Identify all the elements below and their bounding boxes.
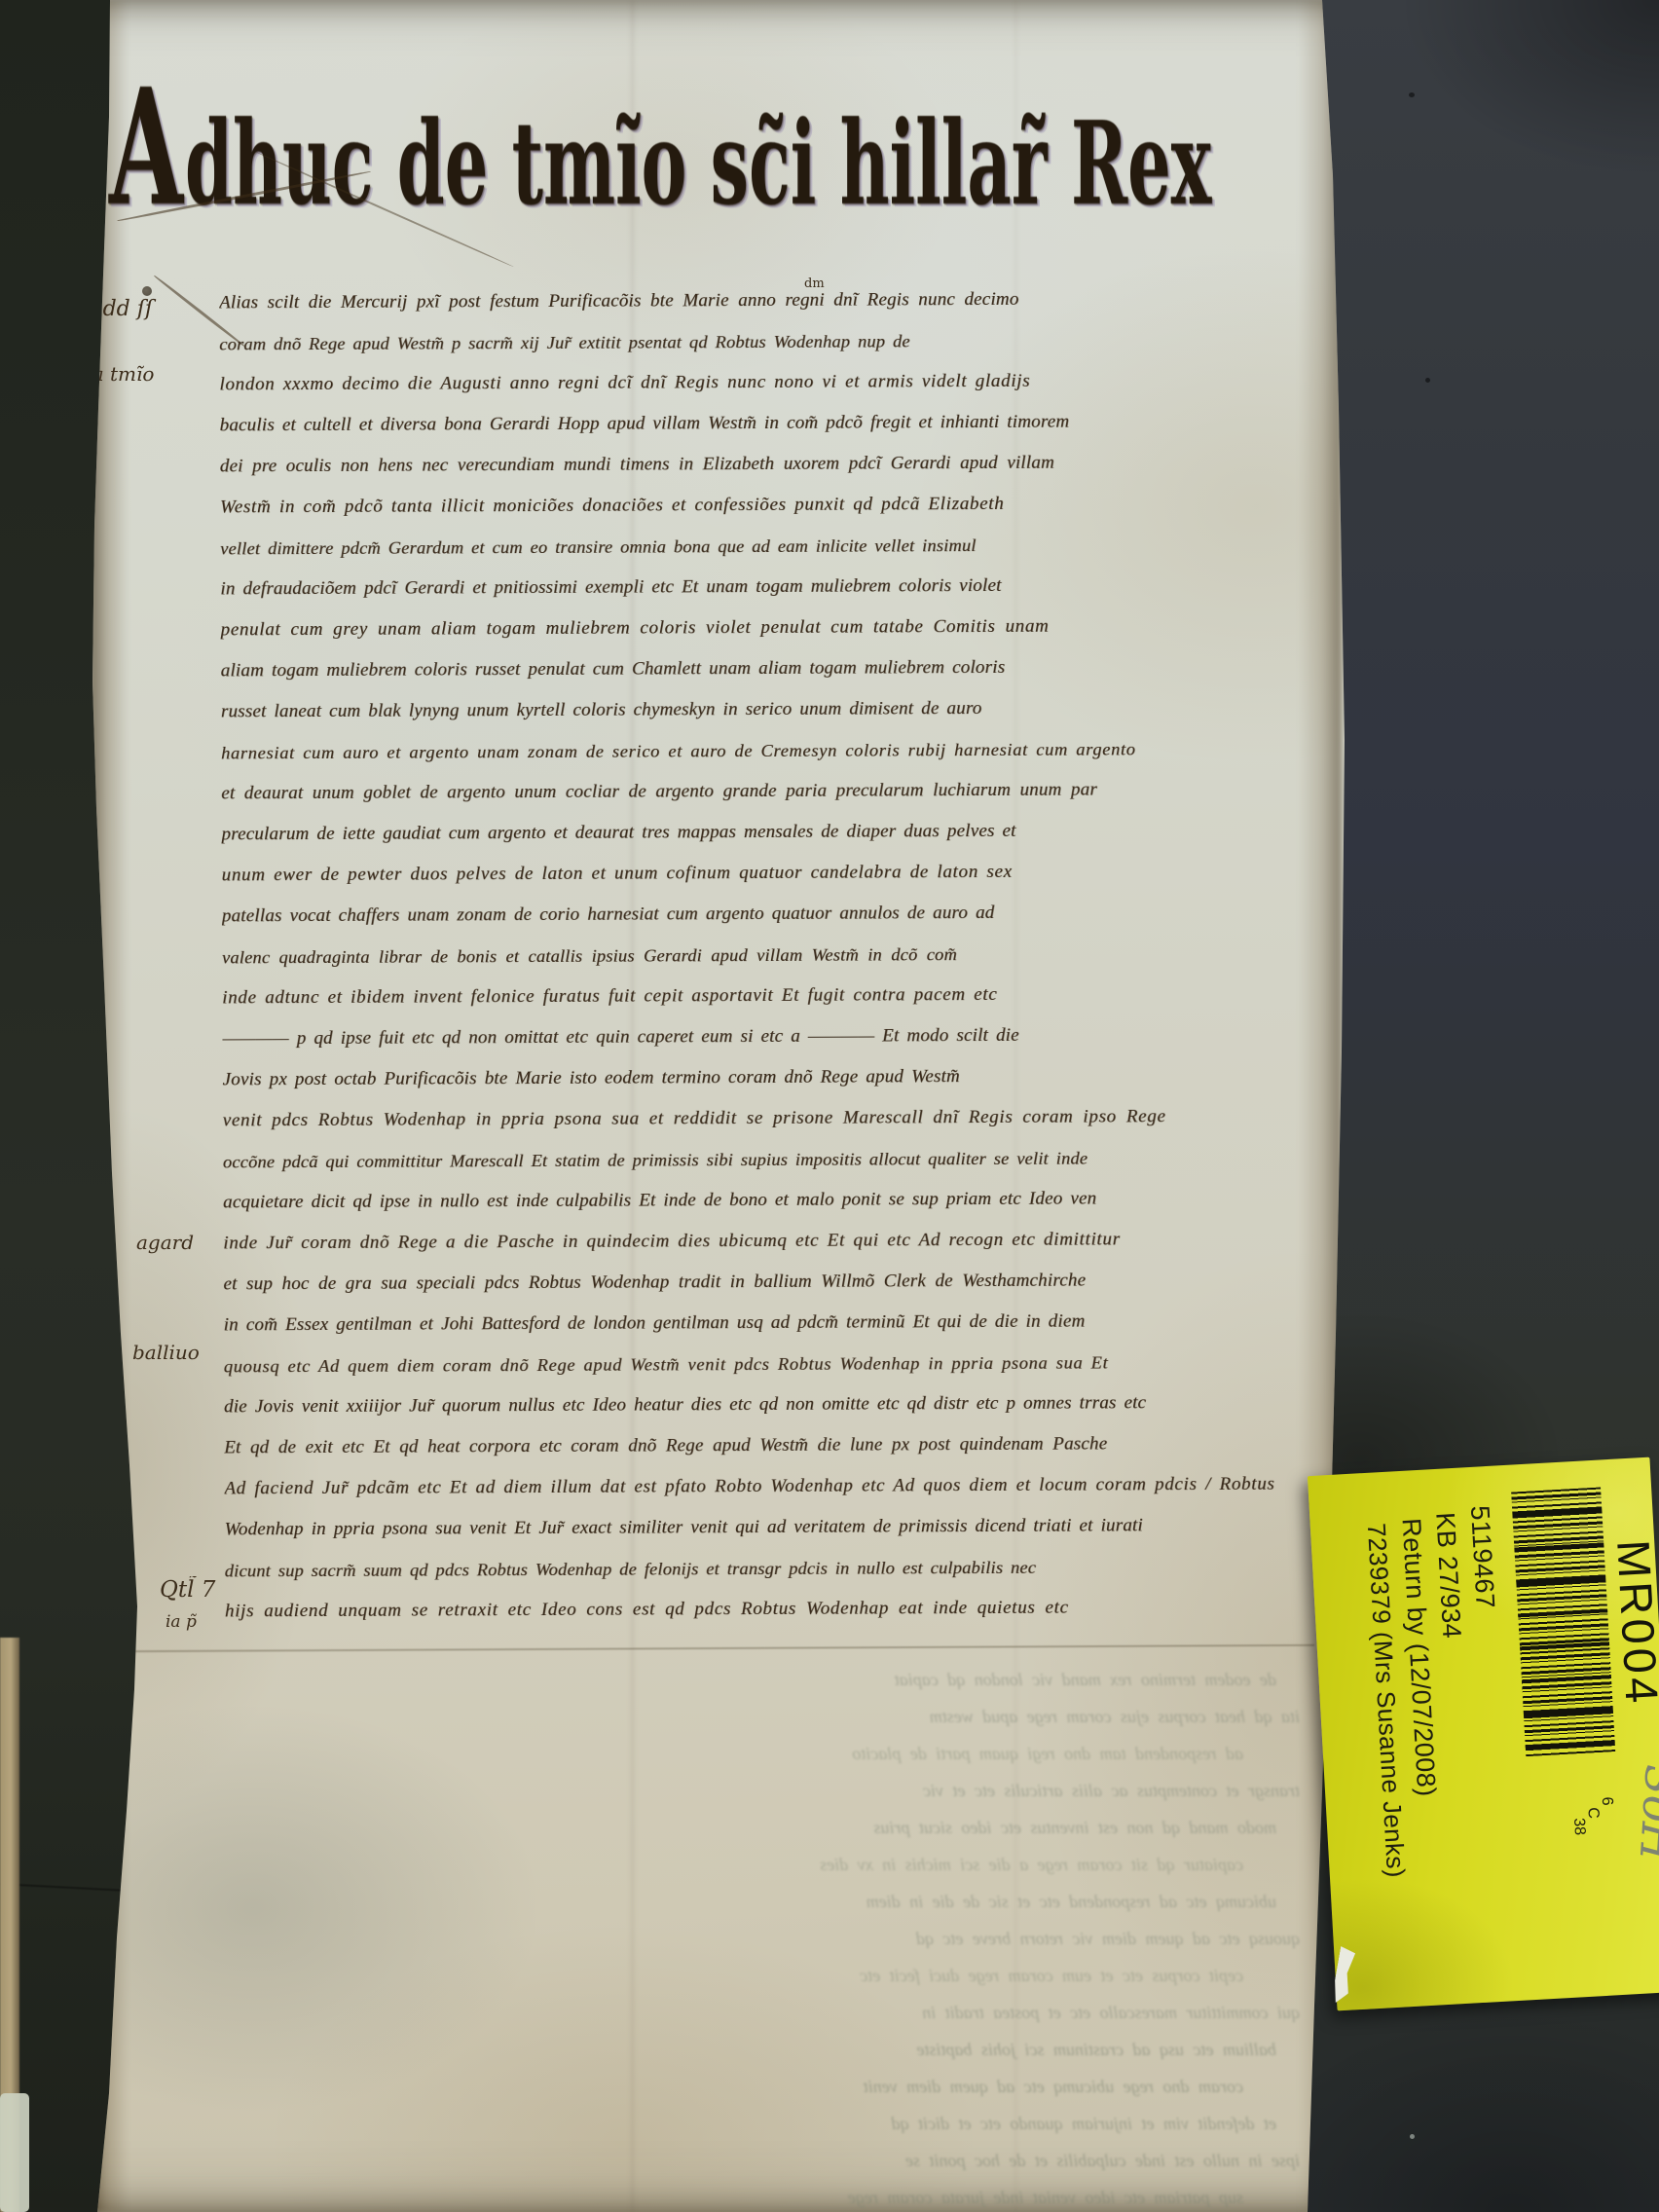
entry-line: patellas vocat chaffers unam zonam de co… — [222, 892, 1316, 938]
dust-speck — [1409, 92, 1415, 97]
margin-note-process2: ia p̃ — [166, 1612, 197, 1632]
corner-sticker — [0, 2093, 29, 2212]
margin-note-bail: balliuo — [132, 1341, 200, 1364]
entry-line: Wodenhap in ppria psona sua venit Et Jur… — [224, 1505, 1318, 1551]
ghost-line: quousq etc ad quem diem vic retorn breve… — [190, 1920, 1300, 1957]
entry-line: Westm̃ in com̃ pdcõ tanta illicit monici… — [220, 483, 1314, 529]
slip-location-code: MR004 — [1606, 1538, 1659, 1708]
ghost-line: de eodem termino rex mand vic london qd … — [190, 1661, 1276, 1698]
entry-line: Alias scilt die Mercurij pxĩ post festum… — [219, 278, 1313, 324]
seat-line: 6 — [1600, 1796, 1617, 1842]
entry-line: Et qd de exit etc Et qd heat corpora etc… — [224, 1423, 1318, 1469]
ghost-line: modo mand qd non est inventus etc ideo s… — [190, 1809, 1276, 1846]
entry-line: quousq etc Ad quem diem coram dnõ Rege a… — [224, 1342, 1318, 1387]
entry-line: russet laneat cum blak lynyng unum kyrte… — [221, 687, 1315, 733]
ghost-line: ad respondend tam dno regi quam parti de… — [190, 1735, 1243, 1772]
entry-line: baculis et cultell et diversa bona Gerar… — [220, 401, 1314, 447]
entry-line: precularum de iette gaudiat cum argento … — [221, 810, 1315, 856]
entry-line: unum ewer de pewter duos pelves de laton… — [222, 851, 1316, 897]
plea-roll-entry: Alias scilt die Mercurij pxĩ post festum… — [219, 278, 1319, 1646]
dust-speck — [1410, 2134, 1415, 2139]
ghost-line: sup patriam etc ideo veniat inde jurata … — [190, 2179, 1243, 2212]
slip-handwritten-note: SoH — [1630, 1763, 1659, 1863]
seat-line: 38 — [1570, 1798, 1588, 1844]
entry-line: inde adtunc et ibidem invent felonice fu… — [222, 974, 1316, 1019]
entry-line: vellet dimittere pdcm̃ Gerardum et cum e… — [220, 524, 1314, 570]
ghost-line: ubicumq etc ad respondend etc et sic de … — [190, 1883, 1276, 1920]
entry-line: dicunt sup sacrm̃ suum qd pdcs Robtus Wo… — [225, 1546, 1319, 1592]
ghost-line: ita qd heat corpus ejus coram rege apud … — [190, 1698, 1300, 1735]
ghost-line: ipse in nullo est inde culpabilis et de … — [190, 2142, 1300, 2179]
margin-note-process: Qtl̃ 7 — [160, 1577, 215, 1603]
entry-line: hijs audiend unquam se retraxit etc Ideo… — [225, 1587, 1319, 1633]
entry-line: in com̃ Essex gentilman et Johi Battesfo… — [224, 1301, 1318, 1346]
archive-request-slip: MR004 SoH 6 C 38 5119467 KB 27/934 Retur… — [1308, 1457, 1659, 2011]
slip-seat-block: 6 C 38 — [1570, 1796, 1616, 1843]
slip-fields: 5119467 KB 27/934 Return by (12/07/2008)… — [1358, 1504, 1517, 1878]
ghost-line: qui committitur marescallo etc et postea… — [190, 1994, 1300, 2031]
ghost-line: cepit corpus etc et eum coram rege duci … — [190, 1957, 1243, 1994]
ghost-line: transgr et contemptus ac aliis articulis… — [190, 1772, 1300, 1809]
barcode — [1511, 1487, 1615, 1756]
entry-line: in defraudaciõem pdcĩ Gerardi et pnitios… — [220, 565, 1314, 610]
margin-note-award: agard — [136, 1231, 194, 1254]
entry-line: harnesiat cum auro et argento unam zonam… — [221, 728, 1315, 774]
ghost-line: et defendit vim et injuriam quando etc e… — [190, 2105, 1276, 2142]
entry-line: coram dnõ Rege apud Westm̃ p sacrm̃ xij … — [219, 319, 1313, 365]
entry-line: penulat cum grey unam aliam togam mulieb… — [220, 606, 1314, 651]
roll-heading: Adhuc de tmĩo sc̃i hillar̃ Rex — [109, 55, 1336, 242]
manuscript-photo: Adhuc de tmĩo sc̃i hillar̃ Rex Midd ſſ i… — [0, 0, 1659, 2212]
entry-line: dei pre oculis non hens nec verecundiam … — [220, 442, 1314, 488]
request-slip-content: MR004 SoH 6 C 38 5119467 KB 27/934 Retur… — [1308, 1457, 1659, 2011]
ghost-line: coram dno rege ubicumq etc ad quem diem … — [190, 2068, 1243, 2105]
ghost-line: capiatur qd sit coram rege a die sci mic… — [190, 1846, 1243, 1883]
ghost-line: ballium etc usq ad crastinum sci johis b… — [190, 2031, 1276, 2068]
show-through-text: de eodem termino rex mand vic london qd … — [190, 1661, 1300, 2212]
entry-line: et deaurat unum goblet de argento unum c… — [221, 769, 1315, 815]
entry-line: valenc quadraginta librar de bonis et ca… — [222, 933, 1316, 978]
entry-line: inde Jur̃ coram dnõ Rege a die Pasche in… — [223, 1219, 1317, 1265]
entry-line: occõne pdcã qui committitur Marescall Et… — [223, 1137, 1317, 1183]
entry-line: london xxxmo decimo die Augusti anno reg… — [219, 360, 1313, 406]
entry-line: Ad faciend Jur̃ pdcãm etc Et ad diem ill… — [224, 1464, 1318, 1510]
ink-blot — [142, 286, 152, 296]
membrane-join-line — [134, 1644, 1314, 1652]
entry-line: ———— p qd ipse fuit etc qd non omittat e… — [222, 1014, 1316, 1060]
entry-line: aliam togam muliebrem coloris russet pen… — [221, 646, 1315, 692]
entry-line: acquietare dicit qd ipse in nullo est in… — [223, 1178, 1317, 1224]
dust-speck — [1425, 378, 1430, 383]
entry-line: venit pdcs Robtus Wodenhap in ppria pson… — [223, 1096, 1317, 1142]
entry-line: Jovis px post octab Purificacõis bte Mar… — [222, 1055, 1316, 1101]
entry-line: die Jovis venit xxiiijor Jur̃ quorum nul… — [224, 1382, 1318, 1428]
entry-line: et sup hoc de gra sua speciali pdcs Robt… — [223, 1260, 1317, 1306]
